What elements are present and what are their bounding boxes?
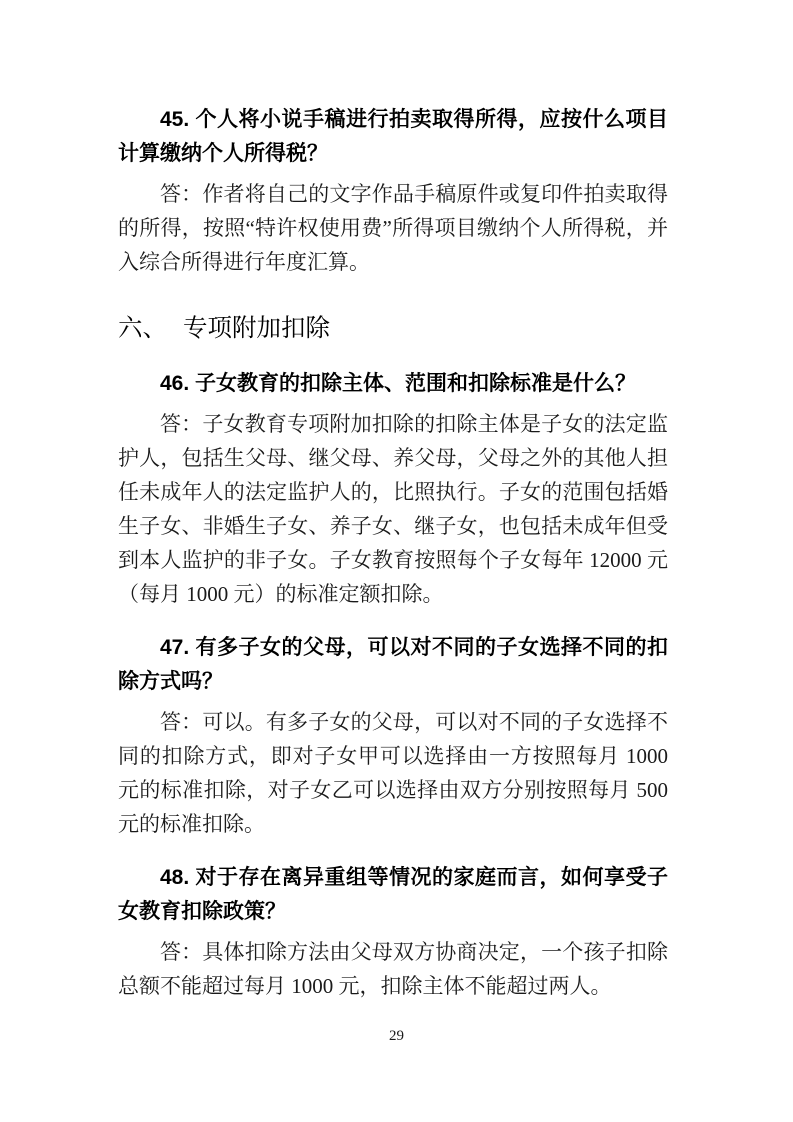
section-6-number: 六、 [118,311,167,347]
question-48-heading: 48. 对于存在离异重组等情况的家庭而言，如何享受子女教育扣除政策？ [118,861,668,929]
question-45-heading: 45. 个人将小说手稿进行拍卖取得所得，应按什么项目计算缴纳个人所得税？ [118,103,668,171]
section-6-heading: 六、专项附加扣除 [118,311,675,347]
page-number: 29 [0,1026,793,1046]
question-46-heading: 46. 子女教育的扣除主体、范围和扣除标准是什么？ [118,367,668,401]
section-6-title: 专项附加扣除 [183,315,330,342]
document-page: 45. 个人将小说手稿进行拍卖取得所得，应按什么项目计算缴纳个人所得税？ 答：作… [0,0,793,1122]
answer-48-text: 答：具体扣除方法由父母双方协商决定，一个孩子扣除总额不能超过每月 1000 元，… [118,935,668,1003]
answer-47-text: 答：可以。有多子女的父母，可以对不同的子女选择不同的扣除方式，即对子女甲可以选择… [118,705,668,841]
answer-46-text: 答：子女教育专项附加扣除的扣除主体是子女的法定监护人，包括生父母、继父母、养父母… [118,407,668,611]
question-47-heading: 47. 有多子女的父母，可以对不同的子女选择不同的扣除方式吗？ [118,631,668,699]
answer-45-text: 答：作者将自己的文字作品手稿原件或复印件拍卖取得的所得，按照“特许权使用费”所得… [118,177,668,279]
